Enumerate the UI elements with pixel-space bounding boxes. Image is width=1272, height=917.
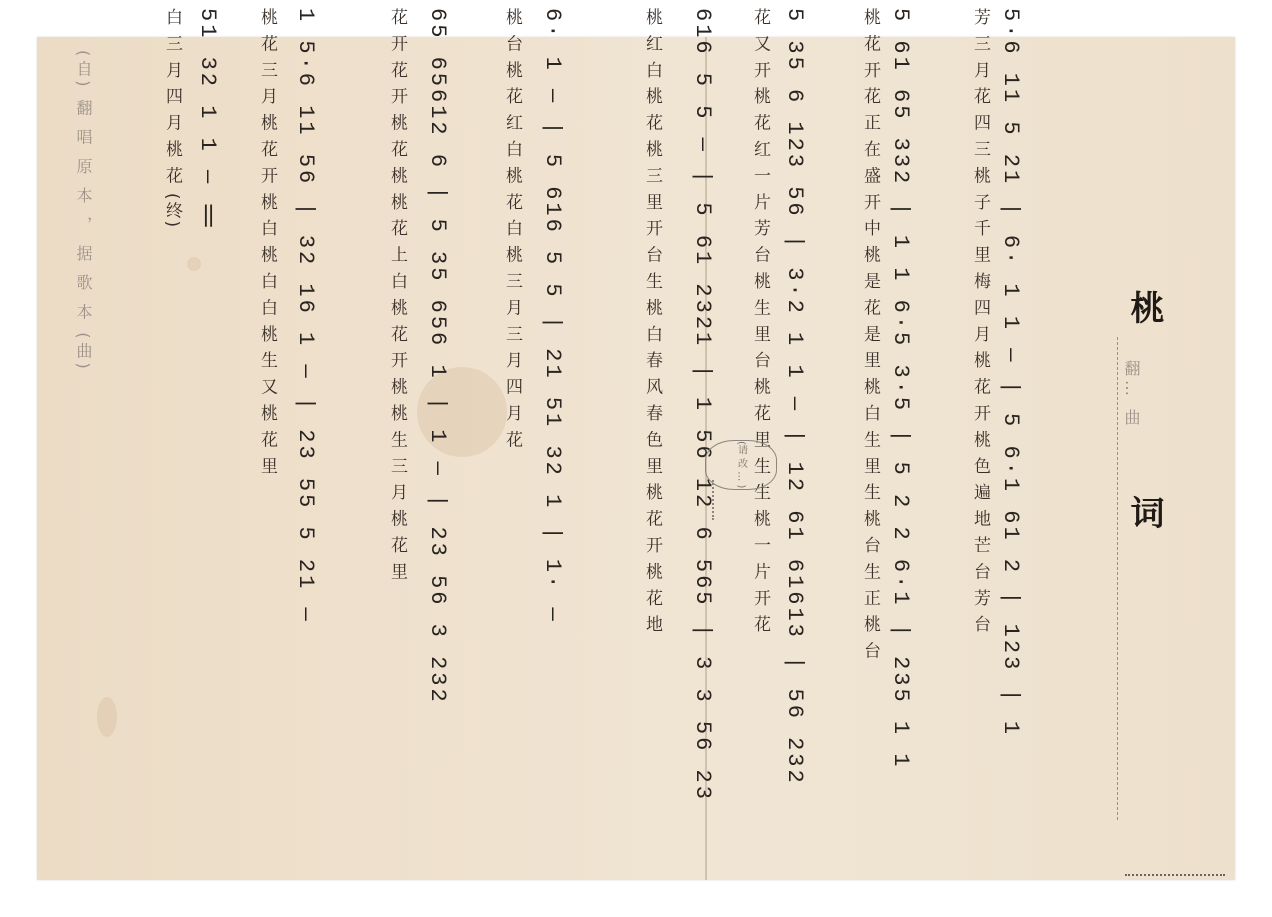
paper-stain bbox=[97, 697, 117, 737]
wavy-mark bbox=[712, 480, 724, 520]
lyrics-row-8: 白 三 月 四 月 桃 花 (终) bbox=[160, 8, 185, 838]
lyrics-row-5: 桃 台 桃 花 红 白 桃 花 白 桃 三 月 三 月 四 月 花 bbox=[500, 8, 525, 838]
pencil-title-annotation: 翻… 曲 bbox=[1120, 360, 1143, 429]
scan-footer-mark bbox=[1125, 874, 1225, 880]
notation-row-7: 1 5·6 11 56 | 32 16 1 — | 23 55 5 21 — bbox=[293, 8, 318, 838]
notation-row-4: 616 5 5 — | 5 61 2321 | 1 56 12 6 565 | … bbox=[690, 8, 715, 838]
paper-torn-edge bbox=[1117, 337, 1119, 820]
notation-row-2: 5 61 65 332 | 1 1 6·5 3·5 | 5 2 2 6·1 | … bbox=[888, 8, 913, 838]
notation-row-3: 5 35 6 123 56 | 3·2 1 1 — | 12 61 61613 … bbox=[782, 8, 807, 838]
lyrics-row-3: 花 又 开 桃 花 红 一 片 芳 台 桃 生 里 台 桃 花 里 生 生 桃 … bbox=[748, 8, 773, 838]
notation-row-5: 6· 1 — | 5 616 5 5 | 21 51 32 1 | 1· — bbox=[540, 8, 565, 838]
score-title-top: 桃 bbox=[1120, 290, 1169, 324]
lyrics-row-2: 桃 花 开 花 正 在 盛 开 中 桃 是 花 是 里 桃 白 生 里 生 桃 … bbox=[858, 8, 883, 838]
lyrics-row-4: 桃 红 白 桃 花 桃 三 里 开 台 生 桃 白 春 风 春 色 里 桃 花 … bbox=[640, 8, 665, 838]
notation-row-8: 51 32 1 1 — ‖ bbox=[195, 8, 220, 838]
lyrics-row-6: 花 开 花 开 桃 花 桃 桃 花 上 白 桃 花 开 桃 桃 生 三 月 桃 … bbox=[385, 8, 410, 838]
lyrics-row-7: 桃 花 三 月 桃 花 开 桃 白 桃 白 白 桃 生 又 桃 花 里 bbox=[255, 8, 280, 838]
notation-row-6: 65 65612 6 | 5 35 656 1 | 1 — | 23 56 3 … bbox=[425, 8, 450, 838]
score-title-bottom: 词 bbox=[1120, 495, 1169, 529]
notation-row-1: 5·6 11 5 21 | 6· 1 1 — | 5 6·1 61 2 | 12… bbox=[998, 8, 1023, 838]
lyrics-row-1: 芳 三 月 花 四 三 桃 子 千 里 梅 四 月 桃 花 开 桃 色 遍 地 … bbox=[968, 8, 993, 838]
pencil-margin-note: (自) 翻 唱 原 本 ， 据 歌 本 (曲) bbox=[72, 50, 95, 373]
